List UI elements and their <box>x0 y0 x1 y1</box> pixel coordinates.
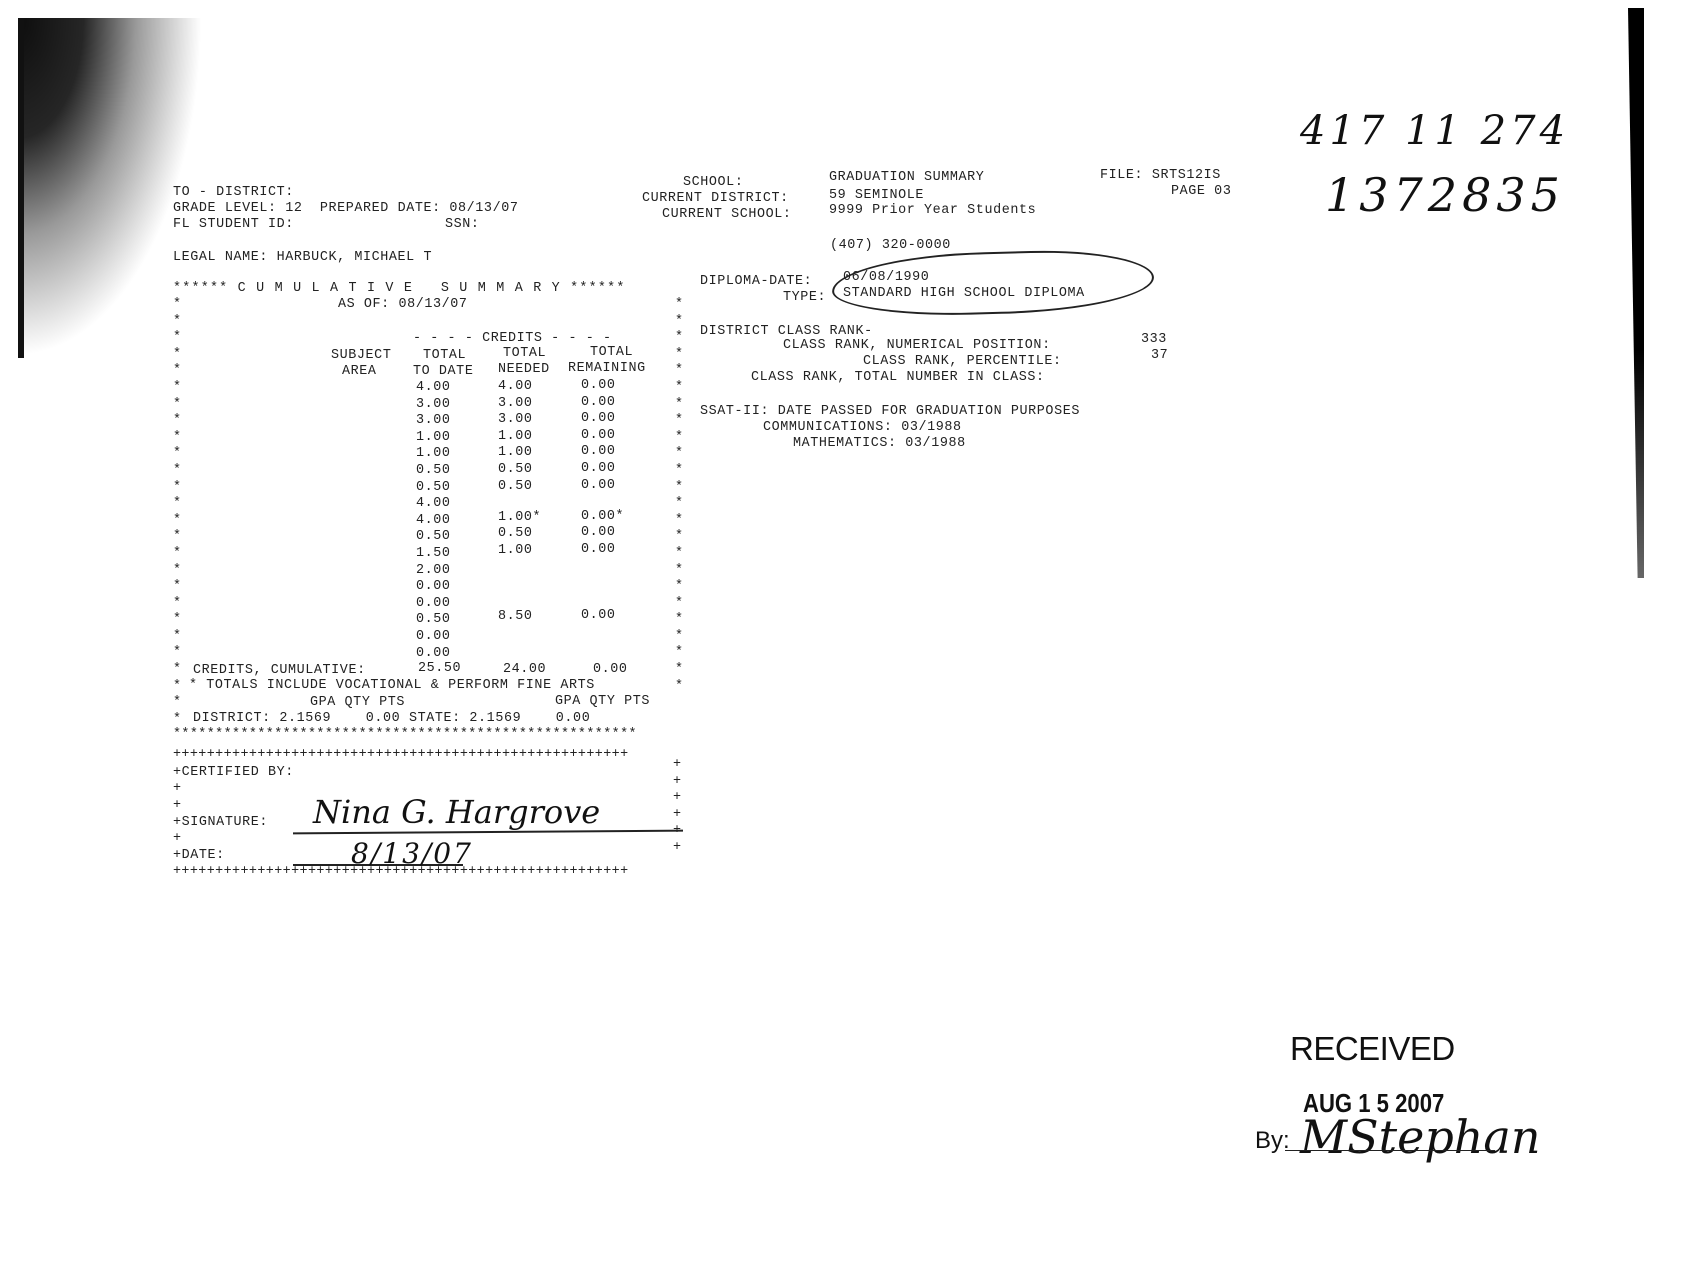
to-date-cell: 0.50 <box>416 463 451 480</box>
handwritten-number-2: 1372835 <box>1325 168 1565 222</box>
cumulative-to-date: 25.50 <box>418 661 461 678</box>
col-needed-line2: NEEDED <box>498 362 550 379</box>
totals-note: * TOTALS INCLUDE VOCATIONAL & PERFORM FI… <box>189 678 595 695</box>
district-qty-pts: 0.00 <box>366 711 401 726</box>
needed-cell: 3.00 <box>498 396 533 413</box>
to-date-cell: 0.00 <box>416 579 451 596</box>
to-date-cell: 0.50 <box>416 529 451 546</box>
current-school-label: CURRENT SCHOOL: <box>662 207 792 224</box>
remaining-cell: 0.00 <box>581 428 616 445</box>
district-label: DISTRICT: <box>193 711 271 726</box>
diploma-type-label: TYPE: <box>783 290 826 307</box>
file-value: SRTS12IS <box>1152 168 1221 183</box>
class-rank-percentile-label: CLASS RANK, PERCENTILE: <box>863 354 1062 371</box>
to-date-cell: 0.50 <box>416 480 451 497</box>
scan-edge-left <box>18 18 24 358</box>
signature-label: +SIGNATURE: <box>173 815 268 832</box>
col-to-date-head: TOTAL <box>423 348 466 365</box>
ssat-communications: COMMUNICATIONS: 03/1988 <box>763 420 962 437</box>
diploma-date-label: DIPLOMA-DATE: <box>700 274 812 291</box>
col-subject-line1: SUBJECT <box>331 348 391 363</box>
legal-name-value: HARBUCK, MICHAEL T <box>277 250 432 265</box>
needed-cell: 1.00 <box>498 445 533 462</box>
plus-margin: + <box>173 831 182 848</box>
diploma-type-value: STANDARD HIGH SCHOOL DIPLOMA <box>843 286 1085 303</box>
col-to-date-line2: TO DATE <box>413 364 473 381</box>
school-label: SCHOOL: <box>683 175 743 192</box>
to-date-cell: 1.00 <box>416 446 451 463</box>
to-district-label: TO - DISTRICT: <box>173 185 294 202</box>
plus-divider-top: ++++++++++++++++++++++++++++++++++++++++… <box>173 747 629 764</box>
to-date-cell: 3.00 <box>416 413 451 430</box>
remaining-cell: 0.00 <box>581 411 616 428</box>
remaining-cell: 0.00 <box>581 608 616 625</box>
remaining-cell: 0.00 <box>581 444 616 461</box>
grade-level-value: 12 <box>285 201 302 216</box>
needed-cell: 0.50 <box>498 526 533 543</box>
state-label: STATE: <box>409 711 461 726</box>
gpa-line: DISTRICT: 2.1569 0.00 STATE: 2.1569 0.00 <box>193 711 590 728</box>
needed-cell: 0.50 <box>498 479 533 496</box>
state-gpa: 2.1569 <box>469 711 521 726</box>
gpa-head-state: GPA QTY PTS <box>555 694 650 711</box>
file-label: FILE: <box>1100 168 1143 183</box>
grade-level-label: GRADE LEVEL: <box>173 201 277 216</box>
needed-cell: 4.00 <box>498 379 533 396</box>
to-date-cell: 0.00 <box>416 596 451 613</box>
col-needed-head: TOTAL <box>503 346 546 363</box>
ssat-mathematics-label: MATHEMATICS: <box>793 436 897 451</box>
certified-by-label: +CERTIFIED BY: <box>173 765 294 782</box>
to-date-cell: 2.00 <box>416 563 451 580</box>
gpa-head-district: GPA QTY PTS <box>310 695 405 712</box>
class-rank-percentile-value: 37 <box>1151 348 1168 365</box>
col-to-date-line1: TOTAL <box>423 348 466 363</box>
col-remaining-line2: REMAINING <box>568 361 646 378</box>
to-date-cell: 4.00 <box>416 496 451 513</box>
to-date-cell: 0.00 <box>416 629 451 646</box>
remaining-cell: 0.00 <box>581 542 616 559</box>
col-needed-line1: TOTAL <box>503 346 546 361</box>
summary-title: ****** C U M U L A T I V E S U M M A R Y… <box>173 281 626 298</box>
to-date-cell: 1.00 <box>416 430 451 447</box>
legal-name-line: LEGAL NAME: HARBUCK, MICHAEL T <box>173 250 432 267</box>
grade-level-line: GRADE LEVEL: 12 PREPARED DATE: 08/13/07 <box>173 201 518 218</box>
remaining-cell: 0.00* <box>581 509 624 526</box>
current-school-value: 9999 Prior Year Students <box>829 203 1036 220</box>
needed-cell: 3.00 <box>498 412 533 429</box>
class-rank-numerical-value: 333 <box>1141 332 1167 349</box>
right-star-border: * * * * * * * * * * * * * * * * * * * * … <box>675 297 684 695</box>
signature: Nina G. Hargrove <box>313 793 600 831</box>
needed-cell: 0.50 <box>498 462 533 479</box>
current-district-label: CURRENT DISTRICT: <box>642 191 789 208</box>
file-line: FILE: SRTS12IS <box>1100 168 1221 185</box>
needed-cell: 1.00 <box>498 543 533 560</box>
school-value: GRADUATION SUMMARY <box>829 170 984 187</box>
diploma-date-value: 06/08/1990 <box>843 270 929 287</box>
ssat-mathematics: MATHEMATICS: 03/1988 <box>793 436 966 453</box>
handwritten-number-1: 417 11 274 <box>1300 108 1569 154</box>
cumulative-summary: ****** C U M U L A T I V E S U M M A R Y… <box>173 281 693 891</box>
as-of-line: AS OF: 08/13/07 <box>338 297 468 314</box>
state-qty-pts: 0.00 <box>556 711 591 726</box>
ssn-label: SSN: <box>445 217 480 234</box>
received-stamp-title: RECEIVED <box>1290 1030 1455 1068</box>
class-rank-numerical-label: CLASS RANK, NUMERICAL POSITION: <box>783 338 1051 355</box>
ssat-communications-value: 03/1988 <box>901 420 961 435</box>
needed-cell: 8.50 <box>498 609 533 626</box>
remaining-cell: 0.00 <box>581 525 616 542</box>
as-of-label: AS OF: <box>338 297 390 312</box>
ssat-communications-label: COMMUNICATIONS: <box>763 420 893 435</box>
legal-name-label: LEGAL NAME: <box>173 250 268 265</box>
date-label: +DATE: <box>173 848 225 865</box>
to-date-cell: 1.50 <box>416 546 451 563</box>
ssat-heading: SSAT-II: DATE PASSED FOR GRADUATION PURP… <box>700 404 1080 421</box>
star-divider: ****************************************… <box>173 727 637 744</box>
remaining-cell: 0.00 <box>581 478 616 495</box>
ssat-mathematics-value: 03/1988 <box>905 436 965 451</box>
to-date-cell: 4.00 <box>416 380 451 397</box>
remaining-cell: 0.00 <box>581 378 616 395</box>
plus-margin: + + <box>173 781 182 814</box>
remaining-cell: 0.00 <box>581 461 616 478</box>
to-date-cell: 0.50 <box>416 612 451 629</box>
to-date-cell: 4.00 <box>416 513 451 530</box>
received-by-signature: MStephan <box>1300 1110 1540 1164</box>
district-gpa: 2.1569 <box>279 711 331 726</box>
to-date-cell: 0.00 <box>416 646 451 663</box>
prepared-date-label: PREPARED DATE: <box>320 201 441 216</box>
scan-edge-right <box>1628 8 1644 578</box>
to-date-cell: 3.00 <box>416 397 451 414</box>
remaining-cell: 0.00 <box>581 395 616 412</box>
needed-cell: 1.00* <box>498 510 541 527</box>
cumulative-remaining: 0.00 <box>593 662 628 679</box>
handwritten-date: 8/13/07 <box>351 837 473 870</box>
page-number: PAGE 03 <box>1171 184 1231 201</box>
col-remaining-head: TOTAL <box>590 345 633 362</box>
col-subject-line2: AREA <box>342 364 377 381</box>
col-remaining-line1: TOTAL <box>590 345 633 360</box>
class-rank-total-label: CLASS RANK, TOTAL NUMBER IN CLASS: <box>751 370 1045 387</box>
col-subject-head: SUBJECT <box>331 348 391 365</box>
needed-cell: 1.00 <box>498 429 533 446</box>
cumulative-needed: 24.00 <box>503 662 546 679</box>
plus-right-margin: + + + + + + <box>673 757 682 856</box>
as-of-value: 08/13/07 <box>398 297 467 312</box>
fl-student-id-label: FL STUDENT ID: <box>173 217 294 234</box>
prepared-date-value: 08/13/07 <box>449 201 518 216</box>
left-star-border: * * * * * * * * * * * * * * * * * * * * … <box>173 297 182 728</box>
received-by-line <box>1285 1150 1495 1151</box>
phone-number: (407) 320-0000 <box>830 238 951 255</box>
